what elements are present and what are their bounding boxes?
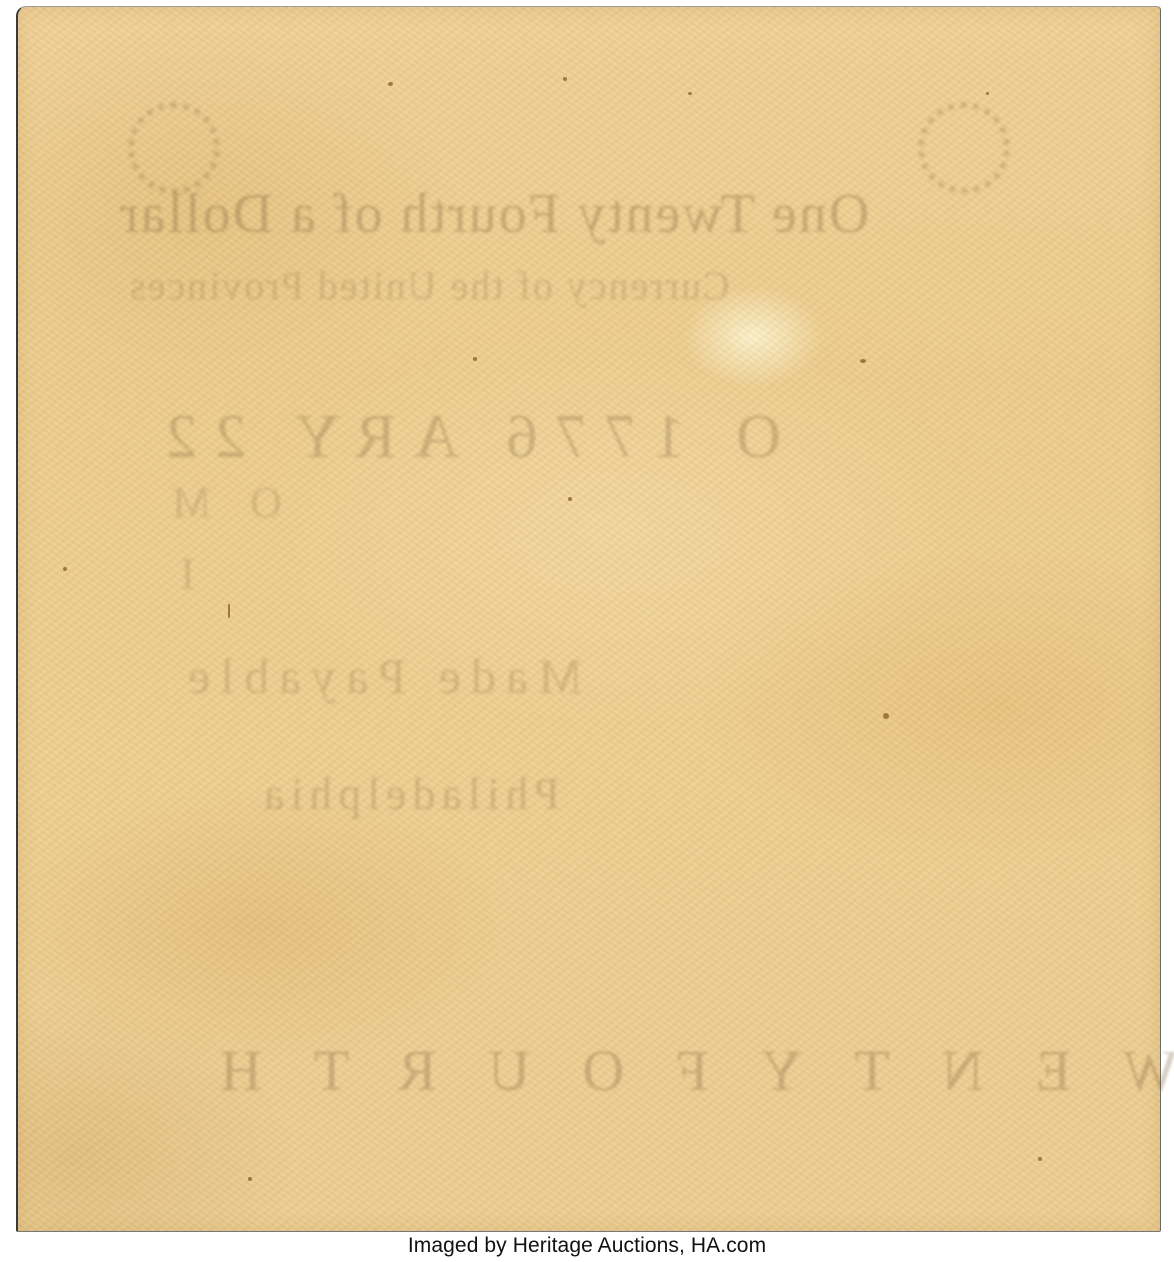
foxing-speck bbox=[388, 82, 393, 86]
image-credit-caption: Imaged by Heritage Auctions, HA.com bbox=[0, 1234, 1174, 1258]
show-through-line: Made Payable bbox=[178, 647, 583, 705]
banknote-reverse: One Twenty Fourth of a Dollar Currency o… bbox=[16, 6, 1161, 1232]
foxing-speck bbox=[986, 92, 989, 95]
foxing-speck bbox=[688, 92, 692, 95]
foxing-speck bbox=[63, 567, 67, 571]
show-through-line: O M bbox=[158, 477, 282, 528]
foxing-speck bbox=[473, 357, 477, 361]
show-through-line: Philadelphia bbox=[258, 767, 560, 820]
show-through-line: I bbox=[168, 547, 195, 600]
foxing-speck bbox=[568, 497, 572, 501]
foxing-speck bbox=[228, 604, 230, 618]
show-through-line: One Twenty Fourth of a Dollar bbox=[118, 182, 869, 246]
foxing-speck bbox=[563, 77, 567, 81]
ornament-seal-left bbox=[128, 102, 220, 194]
show-through-line: O 1776 ARY 22 bbox=[148, 402, 781, 473]
foxing-speck bbox=[883, 713, 889, 719]
foxing-speck bbox=[248, 1177, 252, 1181]
foxing-speck bbox=[860, 359, 866, 363]
foxing-speck bbox=[1038, 1157, 1042, 1161]
ornament-seal-right bbox=[918, 102, 1010, 194]
show-through-line: Currency of the United Provinces bbox=[128, 262, 730, 309]
show-through-line: TWENTYFOURTH bbox=[168, 1037, 1174, 1104]
